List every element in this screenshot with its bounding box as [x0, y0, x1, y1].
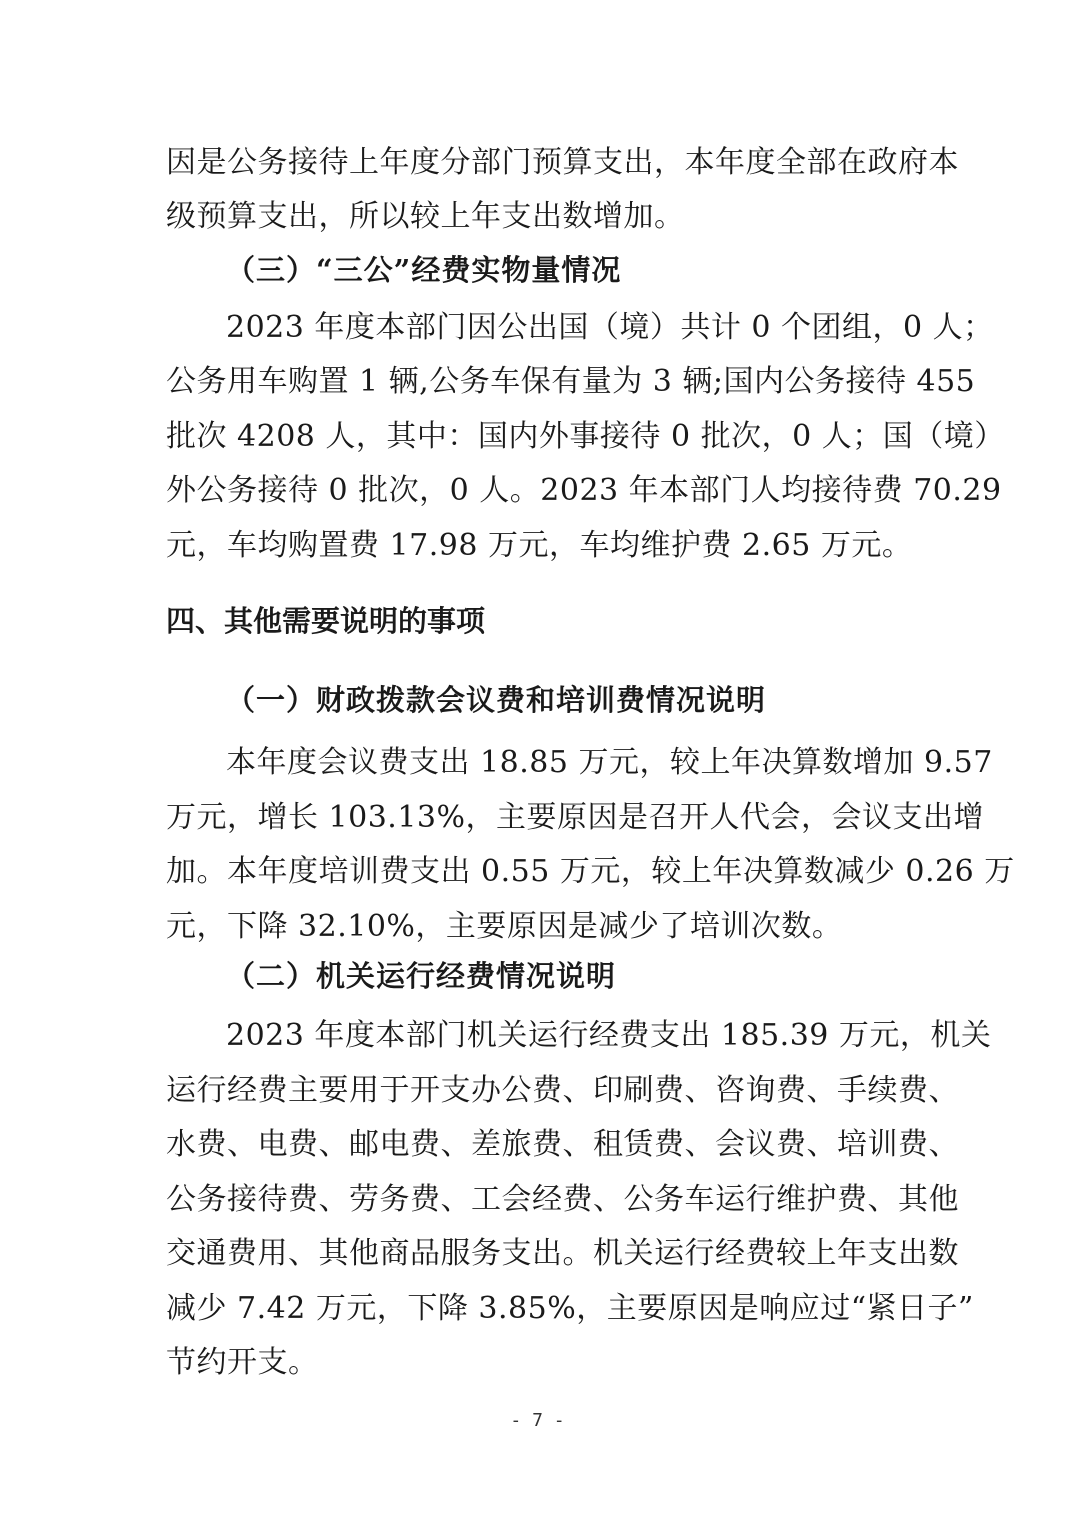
paragraph-line: 公务用车购置 1 辆,公务车保有量为 3 辆;国内公务接待 455: [166, 364, 914, 400]
paragraph-line: 万元，增长 103.13%，主要原因是召开人代会，会议支出增: [166, 800, 914, 836]
subsection-heading-meeting-training: （一）财政拨款会议费和培训费情况说明: [226, 682, 766, 718]
paragraph-line: 运行经费主要用于开支办公费、印刷费、咨询费、手续费、: [166, 1073, 914, 1109]
paragraph-line: 外公务接待 0 批次，0 人。2023 年本部门人均接待费 70.29: [166, 473, 914, 509]
paragraph-line: 元，下降 32.10%，主要原因是减少了培训次数。: [166, 909, 914, 945]
page-number: - 7 -: [0, 1410, 1075, 1432]
paragraph-line: 2023 年度本部门因公出国（境）共计 0 个团组，0 人；: [226, 310, 914, 346]
subsection-heading-operating-expenses: （二）机关运行经费情况说明: [226, 958, 616, 994]
section-heading-sanggong-quantity: （三）“三公”经费实物量情况: [226, 252, 621, 288]
paragraph-line: 交通费用、其他商品服务支出。机关运行经费较上年支出数: [166, 1236, 914, 1272]
paragraph-line: 2023 年度本部门机关运行经费支出 185.39 万元，机关: [226, 1018, 914, 1054]
paragraph-line: 本年度会议费支出 18.85 万元，较上年决算数增加 9.57: [226, 745, 914, 781]
paragraph-line: 批次 4208 人，其中：国内外事接待 0 批次，0 人；国（境）: [166, 419, 914, 455]
paragraph-line: 节约开支。: [166, 1345, 914, 1381]
paragraph-line: 减少 7.42 万元，下降 3.85%，主要原因是响应过“紧日子”: [166, 1291, 914, 1327]
document-page: 因是公务接待上年度分部门预算支出，本年度全部在政府本 级预算支出，所以较上年支出…: [0, 0, 1075, 1520]
paragraph-line: 加。本年度培训费支出 0.55 万元，较上年决算数减少 0.26 万: [166, 854, 914, 890]
paragraph-line: 元，车均购置费 17.98 万元，车均维护费 2.65 万元。: [166, 528, 914, 564]
paragraph-line: 因是公务接待上年度分部门预算支出，本年度全部在政府本: [166, 145, 914, 181]
paragraph-line: 公务接待费、劳务费、工会经费、公务车运行维护费、其他: [166, 1182, 914, 1218]
paragraph-line: 级预算支出，所以较上年支出数增加。: [166, 199, 914, 235]
paragraph-line: 水费、电费、邮电费、差旅费、租赁费、会议费、培训费、: [166, 1127, 914, 1163]
section-heading-other-matters: 四、其他需要说明的事项: [166, 603, 485, 639]
